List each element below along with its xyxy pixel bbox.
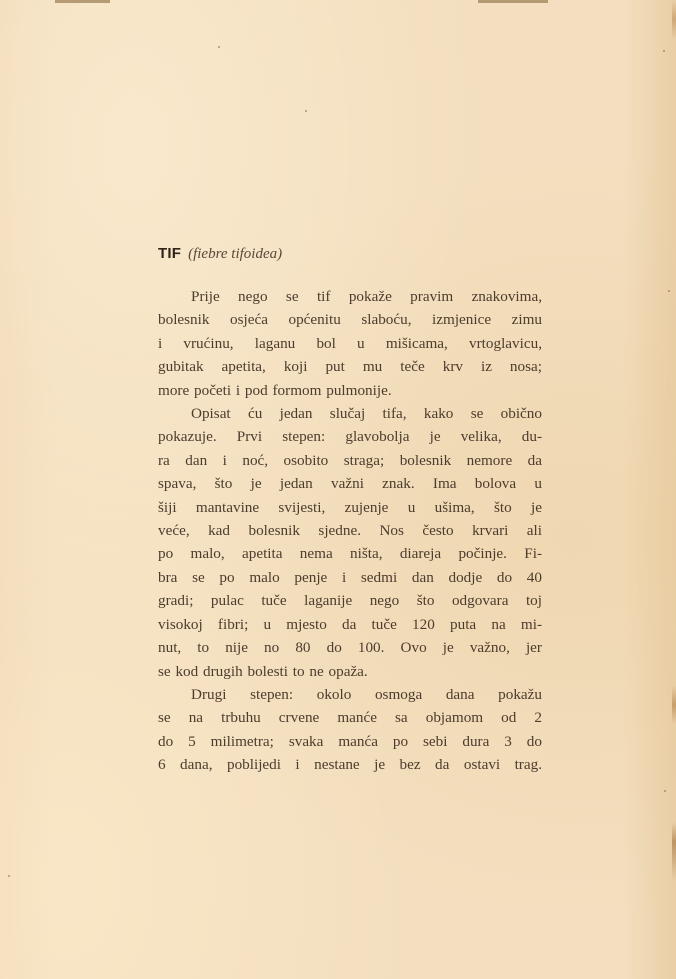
text-line: gradi; pulac tuče laganije nego što odgo… — [158, 589, 542, 612]
text-line: Opisat ću jedan slučaj tifa, kako se obi… — [158, 402, 542, 425]
paragraph-second-stage: Drugi stepen: okolo osmoga dana pokažu s… — [158, 683, 542, 777]
paper-speck — [305, 110, 307, 112]
edge-stain — [55, 0, 110, 3]
edge-stain — [478, 0, 548, 3]
section-heading: TIF (fiebre tifoidea) — [158, 243, 542, 265]
text-line: pokazuje. Prvi stepen: glavobolja je vel… — [158, 425, 542, 448]
paper-speck — [663, 50, 665, 52]
page-top-edge — [0, 0, 676, 3]
text-line: se na trbuhu crvene manće sa objamom od … — [158, 706, 542, 729]
text-line: po malo, apetita nema ništa, diareja poč… — [158, 542, 542, 565]
document-body: TIF (fiebre tifoidea) Prije nego se tif … — [158, 243, 542, 777]
text-line: se kod drugih bolesti to ne opaža. — [158, 660, 542, 683]
paper-speck — [664, 790, 666, 792]
text-line: gubitak apetita, koji put mu teče krv iz… — [158, 355, 542, 378]
text-line: nut, to nije no 80 do 100. Ovo je važno,… — [158, 636, 542, 659]
text-line: spava, što je jedan važni znak. Ima bolo… — [158, 472, 542, 495]
paper-speck — [8, 875, 10, 877]
text-line: i vrućinu, laganu bol u mišicama, vrtogl… — [158, 332, 542, 355]
text-line: ra dan i noć, osobito straga; bolesnik n… — [158, 449, 542, 472]
text-line: veće, kad bolesnik sjedne. Nos često krv… — [158, 519, 542, 542]
paragraph-prodromal: Prije nego se tif pokaže pravim znakovim… — [158, 285, 542, 402]
paper-speck — [668, 290, 670, 292]
text-line: visokoj fibri; u mjesto da tuče 120 puta… — [158, 613, 542, 636]
text-line: bra se po malo penje i sedmi dan dodje d… — [158, 566, 542, 589]
heading-title: TIF — [158, 245, 181, 262]
text-line: do 5 milimetra; svaka manća po sebi dura… — [158, 730, 542, 753]
scanned-page: TIF (fiebre tifoidea) Prije nego se tif … — [0, 0, 676, 979]
text-line: Drugi stepen: okolo osmoga dana pokažu — [158, 683, 542, 706]
text-line: 6 dana, poblijedi i nestane je bez da os… — [158, 753, 542, 776]
heading-latin-name: (fiebre tifoidea) — [188, 246, 282, 262]
paper-speck — [218, 46, 220, 48]
text-line: šiji mantavine svijesti, zujenje u ušima… — [158, 496, 542, 519]
text-line: more početi i pod formom pulmonije. — [158, 379, 542, 402]
paragraph-first-stage: Opisat ću jedan slučaj tifa, kako se obi… — [158, 402, 542, 683]
text-line: bolesnik osjeća općenitu slaboću, izmjen… — [158, 308, 542, 331]
text-line: Prije nego se tif pokaže pravim znakovim… — [158, 285, 542, 308]
page-right-edge — [672, 0, 676, 979]
